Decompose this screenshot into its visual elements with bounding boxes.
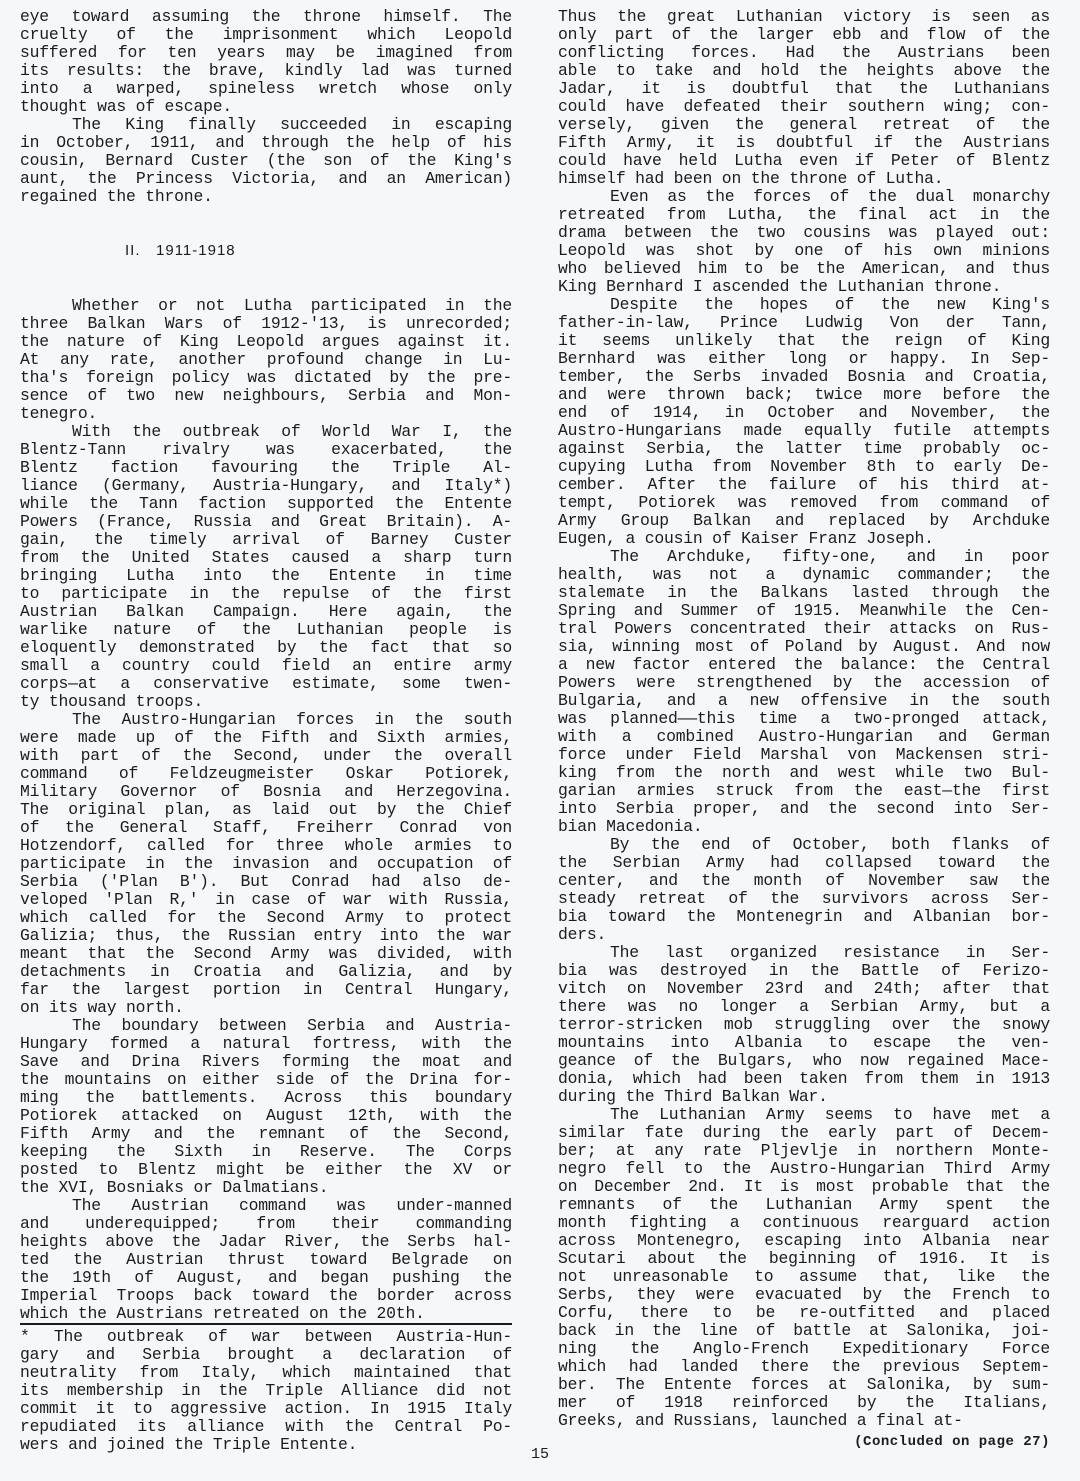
text-line: could have defeated their southern wing;… [558, 98, 1050, 116]
text-line: ning the Anglo-French Expeditionary Forc… [558, 1340, 1050, 1358]
paragraph-final-act: Even as the forces of the dual monarchyr… [558, 188, 1050, 296]
text-line: it seems unlikely that the reign of King [558, 332, 1050, 350]
text-line: from the United States caused a sharp tu… [20, 549, 512, 567]
text-line: bian Macedonia. [558, 818, 1050, 836]
text-line: to participate in the repulse of the fir… [20, 585, 512, 603]
text-line: regained the throne. [20, 188, 512, 206]
text-line: conflicting forces. Had the Austrians be… [558, 44, 1050, 62]
text-line: ted the Austrian thrust toward Belgrade … [20, 1251, 512, 1269]
text-line: With the outbreak of World War I, the [20, 423, 512, 441]
text-line: drama between the two cousins was played… [558, 224, 1050, 242]
text-line: Greeks, and Russians, launched a final a… [558, 1412, 1050, 1430]
text-line: tember, the Serbs invaded Bosnia and Cro… [558, 368, 1050, 386]
page-number: 15 [0, 1446, 1080, 1463]
paragraph-luthanian-army: The Luthanian Army seems to have met asi… [558, 1106, 1050, 1430]
text-line: The King finally succeeded in escaping [20, 116, 512, 134]
text-line: a new factor entered the balance: the Ce… [558, 656, 1050, 674]
paragraph-austro-hungarian-forces: The Austro-Hungarian forces in the south… [20, 711, 512, 1017]
text-line: geance of the Bulgars, who now regained … [558, 1052, 1050, 1070]
text-line: could have held Lutha even if Peter of B… [558, 152, 1050, 170]
text-line: Fifth Army and the remnant of the Second… [20, 1125, 512, 1143]
text-line: liance (Germany, Austria-Hungary, and It… [20, 477, 512, 495]
text-line: The Luthanian Army seems to have met a [558, 1106, 1050, 1124]
text-line: king from the north and west while two B… [558, 764, 1050, 782]
paragraph-victory: Thus the great Luthanian victory is seen… [558, 8, 1050, 188]
text-line: eloquently demonstrated by the fact that… [20, 639, 512, 657]
text-line: Serbs, they were evacuated by the French… [558, 1286, 1050, 1304]
text-line: its results: the brave, kindly lad was t… [20, 62, 512, 80]
paragraph-archduke: The Archduke, fifty-one, and in poorheal… [558, 548, 1050, 836]
text-line: Potiorek attacked on August 12th, with t… [20, 1107, 512, 1125]
text-line: Galizia; thus, the Russian entry into th… [20, 927, 512, 945]
text-line: King Bernhard I ascended the Luthanian t… [558, 278, 1050, 296]
text-line: and were thrown back; twice more before … [558, 386, 1050, 404]
text-line: posted to Blentz might be either the XV … [20, 1161, 512, 1179]
text-line: Austrian Balkan Campaign. Here again, th… [20, 603, 512, 621]
text-line: in October, 1911, and through the help o… [20, 134, 512, 152]
text-line: Save and Drina Rivers forming the moat a… [20, 1053, 512, 1071]
document-page: eye toward assuming the throne himself. … [0, 0, 1080, 1481]
text-line: * The outbreak of war between Austria-Hu… [20, 1328, 512, 1346]
text-line: and underequipped; from their commanding [20, 1215, 512, 1233]
text-line: By the end of October, both flanks of [558, 836, 1050, 854]
text-line: remnants of the Luthanian Army spent the [558, 1196, 1050, 1214]
text-line: its membership in the Triple Alliance di… [20, 1382, 512, 1400]
text-line: Powers (France, Russia and Great Britain… [20, 513, 512, 531]
text-line: cruelty of the imprisonment which Leopol… [20, 26, 512, 44]
text-line: who believed him to be the American, and… [558, 260, 1050, 278]
text-line: garian armies struck from the east—the f… [558, 782, 1050, 800]
text-line: Leopold was shot by one of his own minio… [558, 242, 1050, 260]
text-line: Even as the forces of the dual monarchy [558, 188, 1050, 206]
text-line: three Balkan Wars of 1912-'13, is unreco… [20, 315, 512, 333]
text-line: ming the battlements. Across this bounda… [20, 1089, 512, 1107]
text-line: The last organized resistance in Ser- [558, 944, 1050, 962]
text-line: tha's foreign policy was dictated by the… [20, 369, 512, 387]
text-line: eye toward assuming the throne himself. … [20, 8, 512, 26]
text-line: on December 2nd. It is most probable tha… [558, 1178, 1050, 1196]
text-line: bia toward the Montenegrin and Albanian … [558, 908, 1050, 926]
text-line: Powers were strengthened by the accessio… [558, 674, 1050, 692]
text-line: while the Tann faction supported the Ent… [20, 495, 512, 513]
text-line: bia was destroyed in the Battle of Feriz… [558, 962, 1050, 980]
text-line: the 19th of August, and began pushing th… [20, 1269, 512, 1287]
text-line: which called for the Second Army to prot… [20, 909, 512, 927]
text-line: which had landed there the previous Sept… [558, 1358, 1050, 1376]
text-line: participate in the invasion and occupati… [20, 855, 512, 873]
left-column: eye toward assuming the throne himself. … [20, 8, 512, 1454]
text-line: vitch on November 23rd and 24th; after t… [558, 980, 1050, 998]
text-line: steady retreat of the survivors across S… [558, 890, 1050, 908]
text-line: Blentz-Tann rivalry was exacerbated, the [20, 441, 512, 459]
text-line: with a combined Austro-Hungarian and Ger… [558, 728, 1050, 746]
text-line: command of Feldzeugmeister Oskar Potiore… [20, 765, 512, 783]
text-line: Bulgaria, and a new offensive in the sou… [558, 692, 1050, 710]
text-line: thought was of escape. [20, 98, 512, 116]
text-line: The Austrian command was under-manned [20, 1197, 512, 1215]
text-line: Eugen, a cousin of Kaiser Franz Joseph. [558, 530, 1050, 548]
text-line: Serbia ('Plan B'). But Conrad had also d… [20, 873, 512, 891]
text-line: against Serbia, the latter time probably… [558, 440, 1050, 458]
text-line: repudiated its alliance with the Central… [20, 1418, 512, 1436]
text-line: heights above the Jadar River, the Serbs… [20, 1233, 512, 1251]
text-line: Austro-Hungarians made equally futile at… [558, 422, 1050, 440]
text-line: aunt, the Princess Victoria, and an Amer… [20, 170, 512, 188]
text-line: mer of 1918 reinforced by the Italians, [558, 1394, 1050, 1412]
right-column: Thus the great Luthanian victory is seen… [558, 8, 1050, 1452]
text-line: back in the line of battle at Salonika, … [558, 1322, 1050, 1340]
text-line: cousin, Bernard Custer (the son of the K… [20, 152, 512, 170]
text-line: Blentz faction favouring the Triple Al- [20, 459, 512, 477]
paragraph-balkan-wars: Whether or not Lutha participated in the… [20, 297, 512, 423]
text-line: tral Powers concentrated their attacks o… [558, 620, 1050, 638]
text-line: detachments in Croatia and Galizia, and … [20, 963, 512, 981]
text-line: ty thousand troops. [20, 693, 512, 711]
text-line: health, was not a dynamic commander; the [558, 566, 1050, 584]
text-line: the Serbian Army had collapsed toward th… [558, 854, 1050, 872]
text-line: bringing Lutha into the Entente in time [20, 567, 512, 585]
text-line: warlike nature of the Luthanian people i… [20, 621, 512, 639]
text-line: were made up of the Fifth and Sixth armi… [20, 729, 512, 747]
text-line: sia, winning most of Poland by August. A… [558, 638, 1050, 656]
text-line: Jadar, it is doubtful that the Luthanian… [558, 80, 1050, 98]
text-line: with part of the Second, under the overa… [20, 747, 512, 765]
text-line: Despite the hopes of the new King's [558, 296, 1050, 314]
paragraph-despite: Despite the hopes of the new King'sfathe… [558, 296, 1050, 548]
text-line: on its way north. [20, 999, 512, 1017]
text-line: suffered for ten years may be imagined f… [20, 44, 512, 62]
text-line: small a country could field an entire ar… [20, 657, 512, 675]
paragraph-escape: The King finally succeeded in escapingin… [20, 116, 512, 206]
text-line: himself had been on the throne of Lutha. [558, 170, 1050, 188]
text-line: ber; at any rate Pljevlje in northern Mo… [558, 1142, 1050, 1160]
text-line: which the Austrians retreated on the 20t… [20, 1305, 512, 1323]
text-line: into Serbia proper, and the second into … [558, 800, 1050, 818]
text-line: Army Group Balkan and replaced by Archdu… [558, 512, 1050, 530]
text-line: sence of two new neighbours, Serbia and … [20, 387, 512, 405]
text-line: Military Governor of Bosnia and Herzegov… [20, 783, 512, 801]
paragraph-austrian-command: The Austrian command was under-mannedand… [20, 1197, 512, 1325]
text-line: terror-stricken mob struggling over the … [558, 1016, 1050, 1034]
text-line: meant that the Second Army was divided, … [20, 945, 512, 963]
text-line: commit it to aggressive action. In 1915 … [20, 1400, 512, 1418]
text-line: force under Field Marshal von Mackensen … [558, 746, 1050, 764]
text-line: The Archduke, fifty-one, and in poor [558, 548, 1050, 566]
text-line: Hungary formed a natural fortress, with … [20, 1035, 512, 1053]
text-line: the mountains on either side of the Drin… [20, 1071, 512, 1089]
text-line: corps—at a conservative estimate, some t… [20, 675, 512, 693]
text-line: mountains into Albania to escape the ven… [558, 1034, 1050, 1052]
text-line: stalemate in the Balkans lasted through … [558, 584, 1050, 602]
text-line: Hotzendorf, called for three whole armie… [20, 837, 512, 855]
paragraph-world-war: With the outbreak of World War I, theBle… [20, 423, 512, 711]
text-line: month fighting a continuous rearguard ac… [558, 1214, 1050, 1232]
text-line: retreated from Lutha, the final act in t… [558, 206, 1050, 224]
text-line: The original plan, as laid out by the Ch… [20, 801, 512, 819]
text-line: tenegro. [20, 405, 512, 423]
text-line: father-in-law, Prince Ludwig Von der Tan… [558, 314, 1050, 332]
text-line: Whether or not Lutha participated in the [20, 297, 512, 315]
text-line: similar fate during the early part of De… [558, 1124, 1050, 1142]
section-heading: II. 1911-1918 [125, 242, 512, 259]
text-line: The boundary between Serbia and Austria- [20, 1017, 512, 1035]
text-line: At any rate, another profound change in … [20, 351, 512, 369]
text-line: was planned——this time a two-pronged att… [558, 710, 1050, 728]
text-line: gain, the timely arrival of Barney Custe… [20, 531, 512, 549]
text-line: end of 1914, in October and November, th… [558, 404, 1050, 422]
text-line: Scutari about the beginning of 1916. It … [558, 1250, 1050, 1268]
text-line: far the largest portion in Central Hunga… [20, 981, 512, 999]
text-line: cember. After the failure of his third a… [558, 476, 1050, 494]
text-line: The Austro-Hungarian forces in the south [20, 711, 512, 729]
text-line: Fifth Army, it is doubtful if the Austri… [558, 134, 1050, 152]
text-line: Spring and Summer of 1915. Meanwhile the… [558, 602, 1050, 620]
text-line: negro fell to the Austro-Hungarian Third… [558, 1160, 1050, 1178]
text-line: Bernhard was either long or happy. In Se… [558, 350, 1050, 368]
text-line: ders. [558, 926, 1050, 944]
paragraph-intro: eye toward assuming the throne himself. … [20, 8, 512, 116]
text-line: only part of the larger ebb and flow of … [558, 26, 1050, 44]
text-line: ber. The Entente forces at Salonika, by … [558, 1376, 1050, 1394]
paragraph-boundary: The boundary between Serbia and Austria-… [20, 1017, 512, 1197]
text-line: the XVI, Bosniaks or Dalmatians. [20, 1179, 512, 1197]
text-line: not unreasonable to assume that, like th… [558, 1268, 1050, 1286]
text-line: cupying Lutha from November 8th to early… [558, 458, 1050, 476]
text-line: across Montenegro, escaping into Albania… [558, 1232, 1050, 1250]
text-line: the nature of King Leopold argues agains… [20, 333, 512, 351]
text-line: during the Third Balkan War. [558, 1088, 1050, 1106]
text-line: of the General Staff, Freiherr Conrad vo… [20, 819, 512, 837]
paragraph-october: By the end of October, both flanks ofthe… [558, 836, 1050, 944]
text-line: veloped 'Plan R,' in case of war with Ru… [20, 891, 512, 909]
text-line: able to take and hold the heights above … [558, 62, 1050, 80]
text-line: Corfu, there to be re-outfitted and plac… [558, 1304, 1050, 1322]
text-line: gary and Serbia brought a declaration of [20, 1346, 512, 1364]
paragraph-last-resistance: The last organized resistance in Ser-bia… [558, 944, 1050, 1106]
text-line: there was no longer a Serbian Army, but … [558, 998, 1050, 1016]
text-line: keeping the Sixth in Reserve. The Corps [20, 1143, 512, 1161]
text-line: tempt, Potiorek was removed from command… [558, 494, 1050, 512]
text-line: donia, which had been taken from them in… [558, 1070, 1050, 1088]
text-line: Thus the great Luthanian victory is seen… [558, 8, 1050, 26]
footnote: * The outbreak of war between Austria-Hu… [20, 1328, 512, 1454]
text-line: neutrality from Italy, which maintained … [20, 1364, 512, 1382]
text-line: versely, given the general retreat of th… [558, 116, 1050, 134]
text-line: center, and the month of November saw th… [558, 872, 1050, 890]
text-line: into a warped, spineless wretch whose on… [20, 80, 512, 98]
text-line: Imperial Troops back toward the border a… [20, 1287, 512, 1305]
